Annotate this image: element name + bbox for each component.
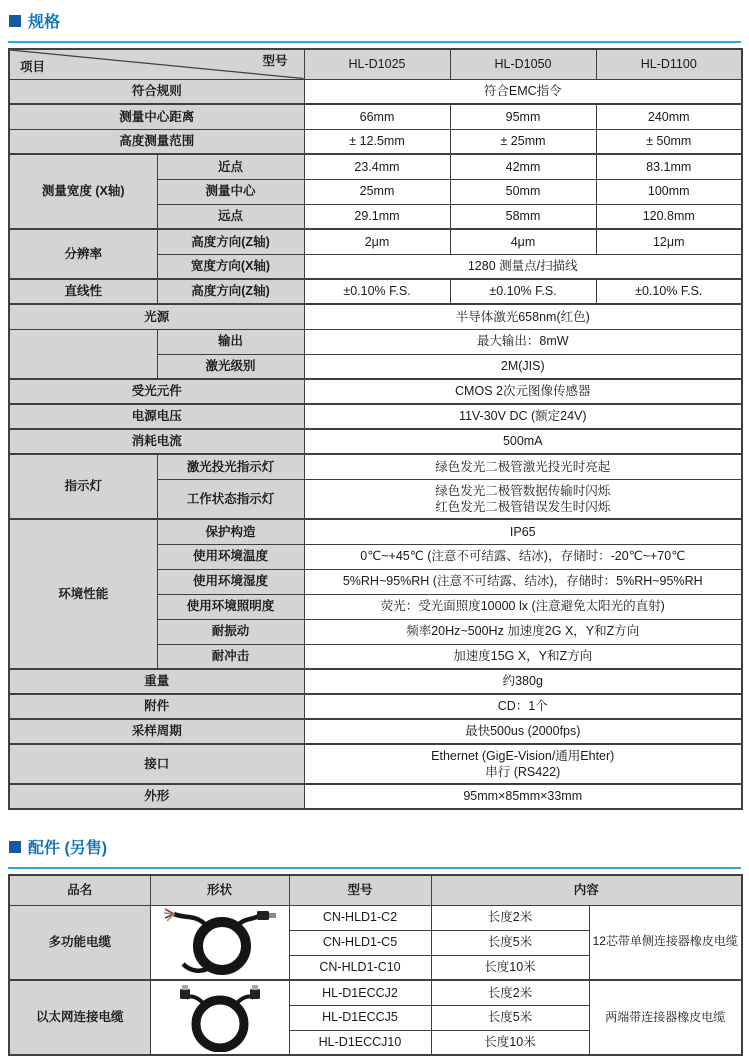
value-voltage: 11V-30V DC (额定24V) [304, 404, 742, 429]
spec-row-accessory: 附件 CD：1个 [9, 694, 742, 719]
label-indicator: 指示灯 [9, 454, 157, 519]
value-cell: 240mm [596, 104, 742, 129]
acc-row: 多功能电缆 CN-HLD1-C2 [9, 905, 742, 930]
label-current: 消耗电流 [9, 429, 304, 454]
sublabel-temp: 使用环境温度 [157, 544, 304, 569]
spec-row-output: 输出 最大输出：8mW [9, 329, 742, 354]
value-dimensions: 95mm×85mm×33mm [304, 784, 742, 809]
value-cell: ± 50mm [596, 129, 742, 154]
acc-model: HL-D1ECCJ2 [289, 980, 431, 1005]
value-cell: ±0.10% F.S. [596, 279, 742, 304]
acc-model: CN-HLD1-C2 [289, 905, 431, 930]
label-center-distance: 测量中心距离 [9, 104, 304, 129]
value-cell: 12μm [596, 229, 742, 254]
acc-header-content: 内容 [431, 875, 742, 905]
value-sampling: 最快500us (2000fps) [304, 719, 742, 744]
acc-photo-cell-2 [150, 980, 289, 1055]
value-humidity: 5%RH~95%RH (注意不可结露、结冰)，存储时：5%RH~95%RH [304, 569, 742, 594]
sublabel-near: 近点 [157, 154, 304, 179]
spec-section-title: 规格 [8, 6, 741, 43]
value-laser-class: 2M(JIS) [304, 354, 742, 379]
label-receiver: 受光元件 [9, 379, 304, 404]
acc-photo-cell-1 [150, 905, 289, 980]
sublabel-protection: 保护构造 [157, 519, 304, 544]
spec-title-text: 规格 [28, 9, 60, 32]
acc-length: 长度10米 [431, 1030, 589, 1055]
acc-model: CN-HLD1-C5 [289, 930, 431, 955]
value-receiver: CMOS 2次元图像传感器 [304, 379, 742, 404]
sublabel-far: 远点 [157, 204, 304, 229]
label-measure-width: 测量宽度 (X轴) [9, 154, 157, 229]
corner-item-label: 项目 [20, 59, 45, 75]
interface-line1: Ethernet (GigE-Vision/通用Ehter) [308, 748, 739, 764]
sublabel-center: 测量中心 [157, 179, 304, 204]
acc-row: 以太网连接电缆 HL-D1ECCJ2 长度2米 两端带连接器橡皮电缆 [9, 980, 742, 1005]
label-dimensions: 外形 [9, 784, 304, 809]
accessories-table: 品名 形状 型号 内容 多功能电缆 [8, 874, 743, 1056]
acc-length: 长度5米 [431, 1005, 589, 1030]
label-sampling: 采样周期 [9, 719, 304, 744]
value-weight: 约380g [304, 669, 742, 694]
accessories-title-text: 配件 (另售) [28, 835, 107, 858]
spec-header-row: 项目 型号 HL-D1025 HL-D1050 HL-D1100 [9, 49, 742, 79]
spec-row-width-near: 测量宽度 (X轴) 近点 23.4mm 42mm 83.1mm [9, 154, 742, 179]
sublabel-vibration: 耐振动 [157, 619, 304, 644]
label-compliance: 符合规则 [9, 79, 304, 104]
value-cell: 29.1mm [304, 204, 450, 229]
accessories-section-title: 配件 (另售) [8, 832, 741, 869]
spec-row-sampling: 采样周期 最快500us (2000fps) [9, 719, 742, 744]
acc-header-model: 型号 [289, 875, 431, 905]
spec-corner-cell: 项目 型号 [9, 49, 304, 79]
sublabel-resolution-z: 高度方向(Z轴) [157, 229, 304, 254]
sublabel-indicator-laser: 激光投光指示灯 [157, 454, 304, 479]
acc-model: HL-D1ECCJ10 [289, 1030, 431, 1055]
interface-line2: 串行 (RS422) [308, 764, 739, 780]
acc-content-2: 两端带连接器橡皮电缆 [589, 980, 742, 1055]
value-current: 500mA [304, 429, 742, 454]
sublabel-laser-class: 激光级别 [157, 354, 304, 379]
label-environment: 环境性能 [9, 519, 157, 669]
spec-row-interface: 接口 Ethernet (GigE-Vision/通用Ehter) 串行 (RS… [9, 744, 742, 784]
label-light-source: 光源 [9, 304, 304, 329]
model-header-1: HL-D1025 [304, 49, 450, 79]
spec-row-center-distance: 测量中心距离 66mm 95mm 240mm [9, 104, 742, 129]
acc-group-name-2: 以太网连接电缆 [9, 980, 150, 1055]
value-illumination: 荧光：受光面照度10000 lx (注意避免太阳光的直射) [304, 594, 742, 619]
value-indicator-status: 绿色发光二极管数据传输时闪烁 红色发光二极管错误发生时闪烁 [304, 479, 742, 519]
acc-content-1: 12芯带单侧连接器橡皮电缆 [589, 905, 742, 980]
model-header-3: HL-D1100 [596, 49, 742, 79]
model-header-2: HL-D1050 [450, 49, 596, 79]
value-output: 最大输出：8mW [304, 329, 742, 354]
spec-row-receiver: 受光元件 CMOS 2次元图像传感器 [9, 379, 742, 404]
acc-length: 长度2米 [431, 980, 589, 1005]
value-protection: IP65 [304, 519, 742, 544]
spec-row-dimensions: 外形 95mm×85mm×33mm [9, 784, 742, 809]
value-interface: Ethernet (GigE-Vision/通用Ehter) 串行 (RS422… [304, 744, 742, 784]
indicator-status-line2: 红色发光二极管错误发生时闪烁 [308, 499, 739, 515]
acc-length: 长度5米 [431, 930, 589, 955]
value-cell: 100mm [596, 179, 742, 204]
label-accessory: 附件 [9, 694, 304, 719]
value-cell: 2μm [304, 229, 450, 254]
ethernet-cable-photo [159, 984, 281, 1052]
value-cell: 42mm [450, 154, 596, 179]
spec-row-resolution-z: 分辨率 高度方向(Z轴) 2μm 4μm 12μm [9, 229, 742, 254]
label-light-source-spacer [9, 329, 157, 379]
value-cell: 58mm [450, 204, 596, 229]
value-shock: 加速度15G X，Y和Z方向 [304, 644, 742, 669]
multi-function-cable-photo [159, 908, 281, 976]
label-weight: 重量 [9, 669, 304, 694]
value-cell: 95mm [450, 104, 596, 129]
label-interface: 接口 [9, 744, 304, 784]
value-cell: 66mm [304, 104, 450, 129]
spec-table: 项目 型号 HL-D1025 HL-D1050 HL-D1100 符合规则 符合… [8, 48, 743, 810]
sublabel-output: 输出 [157, 329, 304, 354]
value-cell: ± 12.5mm [304, 129, 450, 154]
spec-row-compliance: 符合规则 符合EMC指令 [9, 79, 742, 104]
label-height-range: 高度测量范围 [9, 129, 304, 154]
accessories-section: 配件 (另售) 品名 形状 型号 内容 多功能电缆 [8, 832, 741, 1056]
value-cell: 4μm [450, 229, 596, 254]
value-cell: 120.8mm [596, 204, 742, 229]
value-resolution-x: 1280 测量点/扫描线 [304, 254, 742, 279]
acc-group-name-1: 多功能电缆 [9, 905, 150, 980]
value-vibration: 频率20Hz~500Hz 加速度2G X，Y和Z方向 [304, 619, 742, 644]
label-linearity: 直线性 [9, 279, 157, 304]
spec-row-light-source: 光源 半导体激光658nm(红色) [9, 304, 742, 329]
value-cell: 83.1mm [596, 154, 742, 179]
label-voltage: 电源电压 [9, 404, 304, 429]
spec-row-linearity: 直线性 高度方向(Z轴) ±0.10% F.S. ±0.10% F.S. ±0.… [9, 279, 742, 304]
spec-row-voltage: 电源电压 11V-30V DC (额定24V) [9, 404, 742, 429]
blue-square-icon [9, 841, 21, 853]
sublabel-shock: 耐冲击 [157, 644, 304, 669]
value-temp: 0℃~+45℃ (注意不可结露、结冰)，存储时：-20℃~+70℃ [304, 544, 742, 569]
value-cell: ±0.10% F.S. [304, 279, 450, 304]
sublabel-linearity-z: 高度方向(Z轴) [157, 279, 304, 304]
corner-model-label: 型号 [262, 53, 287, 69]
blue-square-icon [9, 15, 21, 27]
acc-length: 长度10米 [431, 955, 589, 980]
value-cell: 50mm [450, 179, 596, 204]
datasheet-page: 规格 项目 型号 HL-D1025 HL-D1050 HL-D1100 符合规则… [0, 0, 749, 1027]
sublabel-illumination: 使用环境照明度 [157, 594, 304, 619]
value-accessory: CD：1个 [304, 694, 742, 719]
value-cell: ±0.10% F.S. [450, 279, 596, 304]
indicator-status-line1: 绿色发光二极管数据传输时闪烁 [308, 483, 739, 499]
sublabel-indicator-status: 工作状态指示灯 [157, 479, 304, 519]
value-light-source: 半导体激光658nm(红色) [304, 304, 742, 329]
spec-row-indicator-laser: 指示灯 激光投光指示灯 绿色发光二极管激光投光时亮起 [9, 454, 742, 479]
value-compliance: 符合EMC指令 [304, 79, 742, 104]
spec-row-current: 消耗电流 500mA [9, 429, 742, 454]
sublabel-resolution-x: 宽度方向(X轴) [157, 254, 304, 279]
value-indicator-laser: 绿色发光二极管激光投光时亮起 [304, 454, 742, 479]
acc-header-shape: 形状 [150, 875, 289, 905]
value-cell: ± 25mm [450, 129, 596, 154]
spec-row-height-range: 高度测量范围 ± 12.5mm ± 25mm ± 50mm [9, 129, 742, 154]
acc-model: HL-D1ECCJ5 [289, 1005, 431, 1030]
label-resolution: 分辨率 [9, 229, 157, 279]
diagonal-line-icon [10, 50, 304, 79]
value-cell: 25mm [304, 179, 450, 204]
value-cell: 23.4mm [304, 154, 450, 179]
acc-model: CN-HLD1-C10 [289, 955, 431, 980]
acc-header-name: 品名 [9, 875, 150, 905]
accessories-header-row: 品名 形状 型号 内容 [9, 875, 742, 905]
spec-row-weight: 重量 约380g [9, 669, 742, 694]
spec-row-protection: 环境性能 保护构造 IP65 [9, 519, 742, 544]
sublabel-humidity: 使用环境湿度 [157, 569, 304, 594]
acc-length: 长度2米 [431, 905, 589, 930]
